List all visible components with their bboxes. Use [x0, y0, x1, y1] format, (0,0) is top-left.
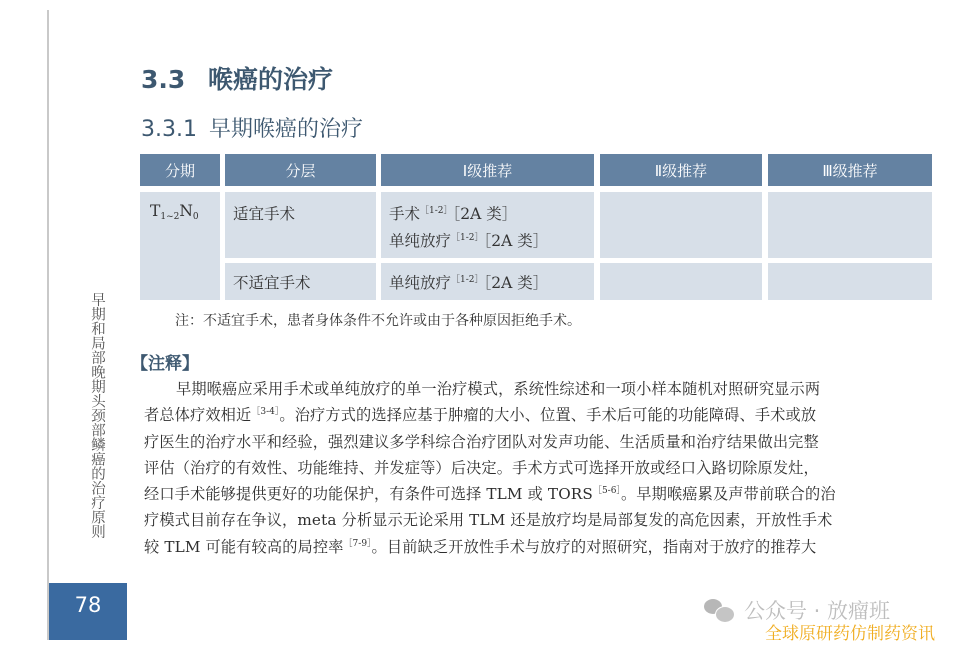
recommendation-item: 单纯放疗［1-2］［2A 类］	[389, 271, 548, 293]
page-number-box: 78	[49, 583, 127, 640]
citation: ［3-4］	[251, 407, 279, 417]
paragraph-line: 者总体疗效相近［3-4］。治疗方式的选择应基于肿瘤的大小、位置、手术后可能的功能…	[144, 404, 936, 430]
level3-cell-suitable	[768, 192, 932, 258]
section-number: 3.3	[141, 65, 208, 94]
recommendation-table: 分期 分层 Ⅰ级推荐 Ⅱ级推荐 Ⅲ级推荐 T1~2N0 适宜手术 手术［1-2］…	[140, 154, 932, 300]
chapter-side-title: 早期和局部晚期头颈部鳞癌的治疗原则	[87, 292, 105, 539]
wechat-icon	[704, 599, 734, 621]
stage-cell: T1~2N0	[140, 192, 220, 300]
paragraph-line: 经口手术能够提供更好的功能保护，有条件可选择 TLM 或 TORS［5-6］。早…	[144, 483, 936, 509]
recommendation-item: 手术［1-2］［2A 类］	[389, 202, 517, 224]
stratum-cell-suitable: 适宜手术	[225, 192, 376, 258]
table-note: 注：不适宜手术，患者身体条件不允许或由于各种原因拒绝手术。	[175, 310, 581, 330]
paragraph-line: 评估（治疗的有效性、功能维持、并发症等）后决定。手术方式可选择开放或经口入路切除…	[144, 457, 936, 483]
level2-cell-unsuitable	[600, 263, 762, 300]
subsection-number: 3.3.1	[141, 117, 209, 142]
header-stage: 分期	[140, 154, 220, 186]
stratum-label: 不适宜手术	[233, 271, 311, 293]
watermark-subtext: 全球原研药仿制药资讯	[765, 619, 935, 644]
subsection-heading: 3.3.1早期喉癌的治疗	[141, 112, 363, 143]
stratum-label: 适宜手术	[233, 202, 295, 224]
level3-cell-unsuitable	[768, 263, 932, 300]
header-level1: Ⅰ级推荐	[381, 154, 594, 186]
level1-cell-unsuitable: 单纯放疗［1-2］［2A 类］	[381, 263, 594, 300]
page-margin-line	[47, 10, 49, 640]
header-stratum: 分层	[225, 154, 376, 186]
level2-cell-suitable	[600, 192, 762, 258]
stage-value: T1~2N0	[150, 202, 199, 222]
paragraph-line: 早期喉癌应采用手术或单纯放疗的单一治疗模式，系统性综述和一项小样本随机对照研究显…	[144, 378, 936, 404]
paragraph-line: 疗模式目前存在争议，meta 分析显示无论采用 TLM 还是放疗均是局部复发的高…	[144, 509, 936, 535]
page-number: 78	[75, 593, 102, 617]
recommendation-item: 单纯放疗［1-2］［2A 类］	[389, 229, 548, 251]
section-title: 喉癌的治疗	[208, 65, 333, 94]
annotation-paragraph: 早期喉癌应采用手术或单纯放疗的单一治疗模式，系统性综述和一项小样本随机对照研究显…	[144, 378, 936, 562]
section-heading: 3.3喉癌的治疗	[141, 60, 333, 96]
stratum-cell-unsuitable: 不适宜手术	[225, 263, 376, 300]
paragraph-line: 较 TLM 可能有较高的局控率［7-9］。目前缺乏开放性手术与放疗的对照研究，指…	[144, 536, 936, 562]
subsection-title: 早期喉癌的治疗	[209, 117, 363, 142]
citation: ［7-9］	[344, 539, 372, 549]
citation: ［5-6］	[593, 486, 621, 496]
annotation-title: 【注释】	[131, 349, 199, 374]
header-level2: Ⅱ级推荐	[600, 154, 762, 186]
header-level3: Ⅲ级推荐	[768, 154, 932, 186]
paragraph-line: 疗医生的治疗水平和经验，强烈建议多学科综合治疗团队对发声功能、生活质量和治疗结果…	[144, 431, 936, 457]
level1-cell-suitable: 手术［1-2］［2A 类］ 单纯放疗［1-2］［2A 类］	[381, 192, 594, 258]
